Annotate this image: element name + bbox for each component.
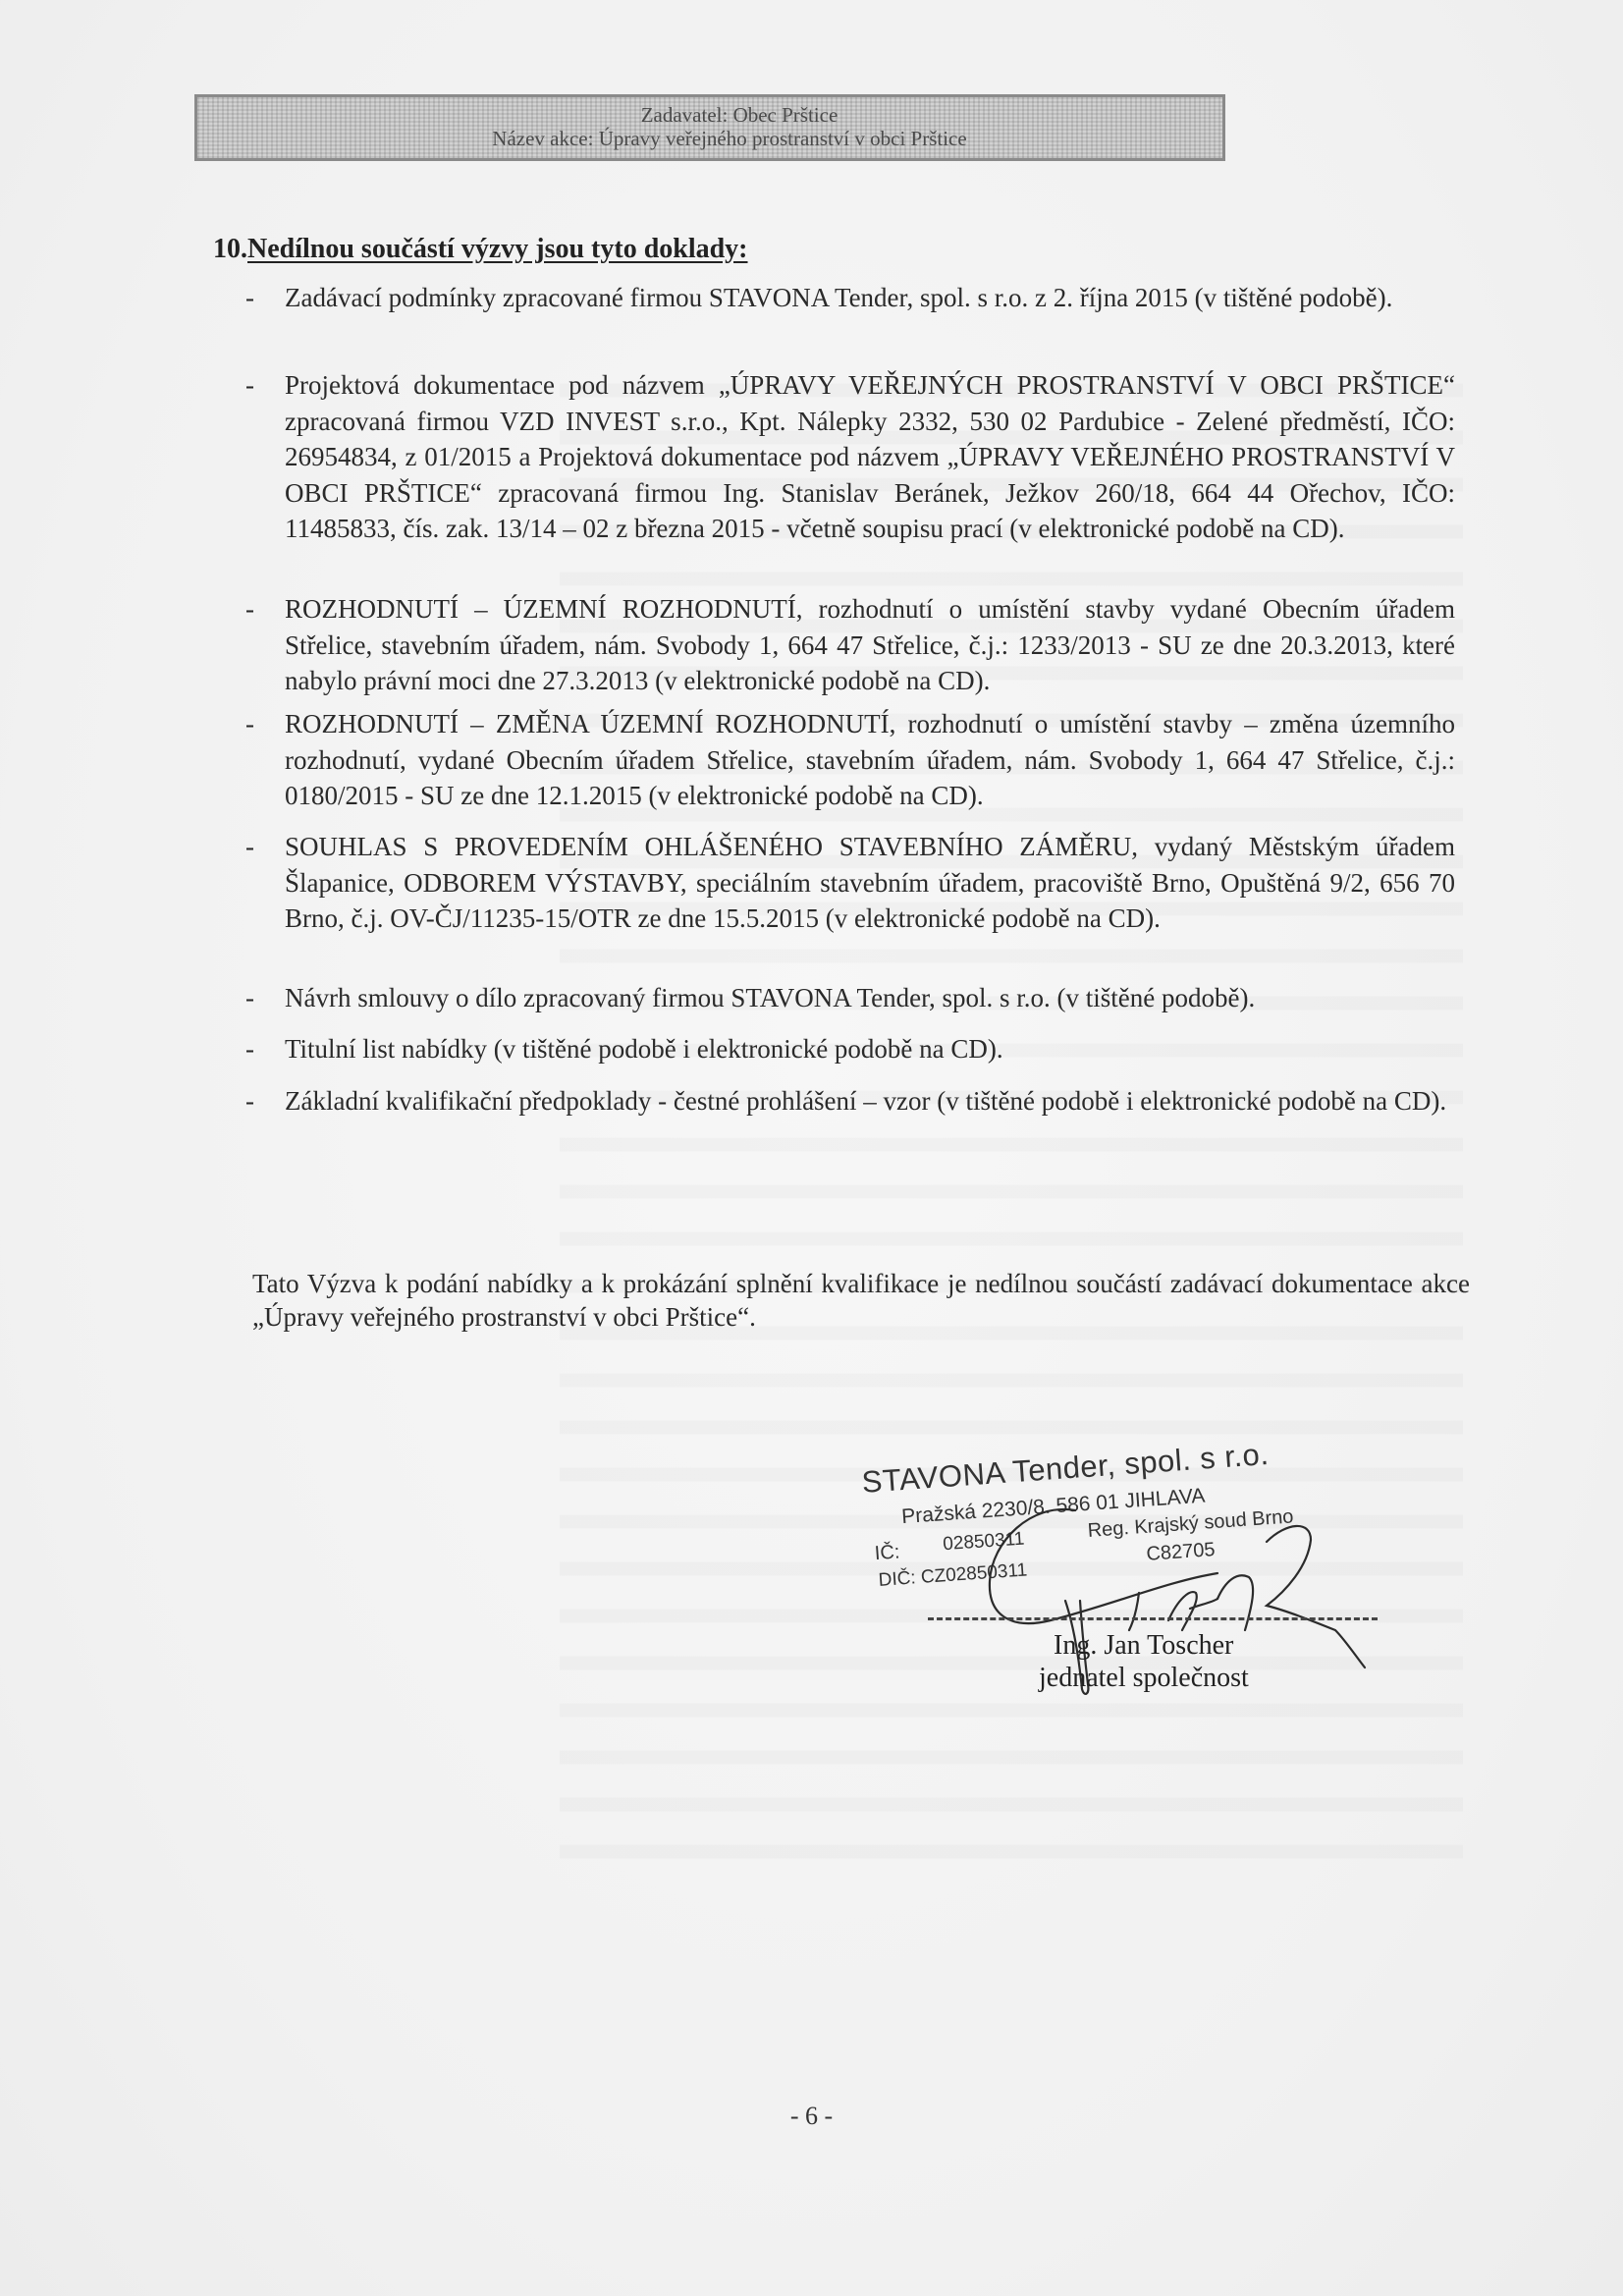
list-item-text: ROZHODNUTÍ – ÚZEMNÍ ROZHODNUTÍ, rozhodnu… bbox=[285, 591, 1455, 699]
bullet-dash: - bbox=[245, 280, 254, 316]
list-item-text: Projektová dokumentace pod názvem „ÚPRAV… bbox=[285, 367, 1455, 547]
list-item: - Titulní list nabídky (v tištěné podobě… bbox=[245, 1031, 1455, 1067]
bullet-dash: - bbox=[245, 1031, 254, 1067]
list-item: - Základní kvalifikační předpoklady - če… bbox=[245, 1083, 1455, 1120]
header-project-name: Název akce: Úpravy veřejného prostranstv… bbox=[197, 127, 1222, 151]
header-contracting-authority: Zadavatel: Obec Prštice bbox=[197, 103, 1222, 128]
bullet-dash: - bbox=[245, 829, 254, 865]
document-header-box: Zadavatel: Obec Prštice Název akce: Úpra… bbox=[194, 94, 1225, 161]
list-item: - Zadávací podmínky zpracované firmou ST… bbox=[245, 280, 1455, 316]
bullet-dash: - bbox=[245, 706, 254, 742]
list-item: - ROZHODNUTÍ – ÚZEMNÍ ROZHODNUTÍ, rozhod… bbox=[245, 591, 1455, 699]
closing-paragraph: Tato Výzva k podání nabídky a k prokázán… bbox=[252, 1267, 1470, 1334]
signer-role: jednatel společnost bbox=[1039, 1663, 1249, 1694]
list-item-text: Základní kvalifikační předpoklady - čest… bbox=[285, 1083, 1455, 1120]
bullet-dash: - bbox=[245, 1083, 254, 1120]
bullet-dash: - bbox=[245, 980, 254, 1016]
bullet-dash: - bbox=[245, 591, 254, 628]
list-item: - SOUHLAS S PROVEDENÍM OHLÁŠENÉHO STAVEB… bbox=[245, 829, 1455, 937]
list-item-text: ROZHODNUTÍ – ZMĚNA ÚZEMNÍ ROZHODNUTÍ, ro… bbox=[285, 706, 1455, 814]
list-item: - ROZHODNUTÍ – ZMĚNA ÚZEMNÍ ROZHODNUTÍ, … bbox=[245, 706, 1455, 814]
list-item-text: Zadávací podmínky zpracované firmou STAV… bbox=[285, 280, 1455, 316]
list-item-text: Návrh smlouvy o dílo zpracovaný firmou S… bbox=[285, 980, 1455, 1016]
signer-name: Ing. Jan Toscher bbox=[1054, 1630, 1233, 1662]
signature-line bbox=[928, 1617, 1378, 1620]
section-number: 10. bbox=[213, 234, 247, 264]
section-heading: 10.Nedílnou součástí výzvy jsou tyto dok… bbox=[213, 234, 748, 265]
list-item: - Projektová dokumentace pod názvem „ÚPR… bbox=[245, 367, 1455, 547]
bullet-dash: - bbox=[245, 367, 254, 404]
stamp-ic-label: IČ: bbox=[874, 1541, 900, 1565]
list-item: - Návrh smlouvy o dílo zpracovaný firmou… bbox=[245, 980, 1455, 1016]
section-title: Nedílnou součástí výzvy jsou tyto doklad… bbox=[247, 234, 748, 264]
page-number: - 6 - bbox=[0, 2102, 1623, 2131]
document-page: Zadavatel: Obec Prštice Název akce: Úpra… bbox=[0, 0, 1623, 2296]
list-item-text: Titulní list nabídky (v tištěné podobě i… bbox=[285, 1031, 1455, 1067]
list-item-text: SOUHLAS S PROVEDENÍM OHLÁŠENÉHO STAVEBNÍ… bbox=[285, 829, 1455, 937]
